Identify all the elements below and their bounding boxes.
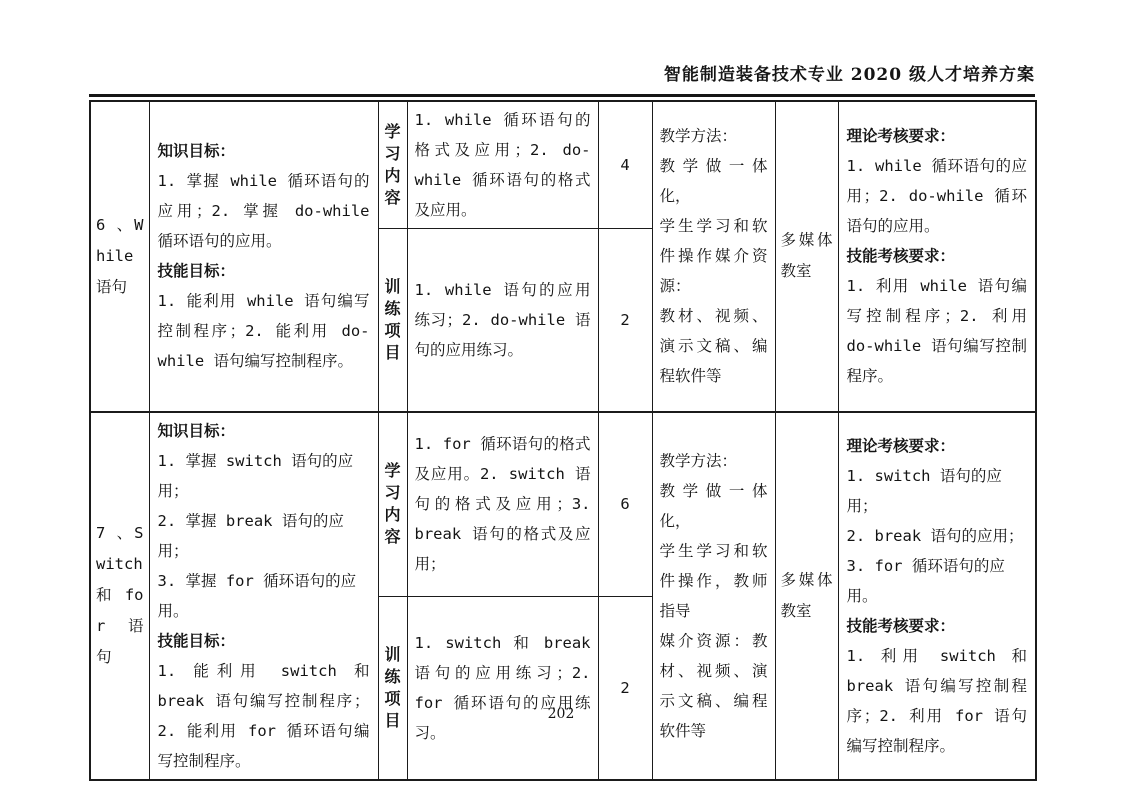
- theory-assessment-label: 理论考核要求：: [847, 431, 1028, 461]
- objectives-cell: 知识目标： 1. 掌握 switch 语句的应用； 2. 掌握 break 语句…: [149, 412, 378, 780]
- knowledge-objectives-label: 知识目标：: [158, 136, 370, 166]
- training-hours-value: 2: [598, 229, 652, 412]
- topic-cell: 7 、Switch 和 for 语句: [90, 412, 149, 780]
- teaching-methods-cell: 教学方法： 教学做一体化， 学生学习和软件操作，教师指导 媒介资源：教材、视频、…: [652, 412, 775, 780]
- theory-assessment-text: 1. while 循环语句的应用；2. do-while 循环语句的应用。: [847, 151, 1028, 241]
- knowledge-objective-line: 2. 掌握 break 语句的应用；: [158, 506, 370, 566]
- assessment-cell: 理论考核要求： 1. while 循环语句的应用；2. do-while 循环语…: [838, 101, 1036, 412]
- venue-cell: 多媒体教室: [775, 412, 838, 780]
- learning-content-cell: 1. for 循环语句的格式及应用。2. switch 语句的格式及应用；3. …: [407, 412, 598, 597]
- skill-assessment-label: 技能考核要求：: [847, 611, 1028, 641]
- knowledge-objective-line: 1. 掌握 switch 语句的应用；: [158, 446, 370, 506]
- page-header-title: 智能制造装备技术专业 2020 级人才培养方案: [664, 60, 1035, 85]
- training-project-label: 训练项目: [378, 229, 407, 412]
- methods-line: 媒介资源：教材、视频、演示文稿、编程软件等: [660, 626, 768, 746]
- topic-cell: 6 、While 语句: [90, 101, 149, 412]
- skill-objectives-label: 技能目标：: [158, 256, 370, 286]
- theory-assessment-label: 理论考核要求：: [847, 121, 1028, 151]
- learning-hours-value: 6: [598, 412, 652, 597]
- teaching-methods-cell: 教学方法： 教学做一体化， 学生学习和软件操作媒介资源： 教材、视频、演示文稿、…: [652, 101, 775, 412]
- training-hours-value: 2: [598, 597, 652, 780]
- skill-objectives-label: 技能目标：: [158, 626, 370, 656]
- methods-line: 教学做一体化，: [660, 151, 768, 211]
- methods-line: 学生学习和软件操作，教师指导: [660, 536, 768, 626]
- skill-objectives-text: 1. 能利用 while 语句编写控制程序；2. 能利用 do-while 语句…: [158, 286, 370, 376]
- methods-line: 学生学习和软件操作媒介资源：: [660, 211, 768, 301]
- knowledge-objective-line: 3. 掌握 for 循环语句的应用。: [158, 566, 370, 626]
- learning-content-label: 学习内容: [378, 101, 407, 229]
- training-content-cell: 1. switch 和 break 语句的应用练习；2. for 循环语句的应用…: [407, 597, 598, 780]
- theory-assessment-line: 1. switch 语句的应用；: [847, 461, 1028, 521]
- knowledge-objectives-text: 1. 掌握 while 循环语句的应用；2. 掌握 do-while 循环语句的…: [158, 166, 370, 256]
- training-content-cell: 1. while 语句的应用练习；2. do-while 语句的应用练习。: [407, 229, 598, 412]
- curriculum-table: 6 、While 语句 知识目标： 1. 掌握 while 循环语句的应用；2.…: [89, 100, 1037, 781]
- learning-content-cell: 1. while 循环语句的格式及应用；2. do-while 循环语句的格式及…: [407, 101, 598, 229]
- skill-assessment-label: 技能考核要求：: [847, 241, 1028, 271]
- venue-cell: 多媒体教室: [775, 101, 838, 412]
- theory-assessment-line: 2. break 语句的应用；: [847, 521, 1028, 551]
- assessment-cell: 理论考核要求： 1. switch 语句的应用； 2. break 语句的应用；…: [838, 412, 1036, 780]
- page-number: 202: [0, 706, 1122, 722]
- objectives-cell: 知识目标： 1. 掌握 while 循环语句的应用；2. 掌握 do-while…: [149, 101, 378, 412]
- theory-assessment-line: 3. for 循环语句的应用。: [847, 551, 1028, 611]
- knowledge-objectives-label: 知识目标：: [158, 416, 370, 446]
- learning-hours-value: 4: [598, 101, 652, 229]
- skill-assessment-text: 1. 利用 switch 和 break 语句编写控制程序；2. 利用 for …: [847, 641, 1028, 761]
- header-rule: [89, 94, 1035, 97]
- methods-line: 教学做一体化，: [660, 476, 768, 536]
- training-project-label: 训练项目: [378, 597, 407, 780]
- methods-line: 教学方法：: [660, 121, 768, 151]
- methods-line: 教材、视频、演示文稿、编程软件等: [660, 301, 768, 391]
- methods-line: 教学方法：: [660, 446, 768, 476]
- skill-assessment-text: 1. 利用 while 语句编写控制程序；2. 利用 do-while 语句编写…: [847, 271, 1028, 391]
- learning-content-label: 学习内容: [378, 412, 407, 597]
